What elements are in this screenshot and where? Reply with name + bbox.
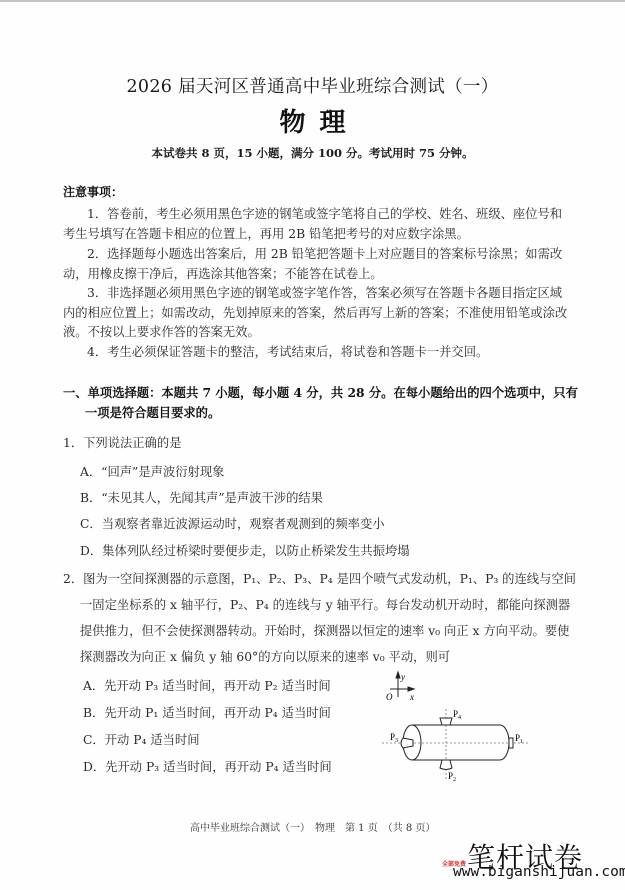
question-1-option-b: B．“未见其人，先闻其声”是声波干涉的结果 (80, 488, 323, 506)
note-line: 考生号填写在答题卡相应的位置上，再用 2B 铅笔把考号的对应数字涂黑。 (63, 224, 469, 242)
note-line: 1．答卷前，考生必须用黑色字迹的钢笔或签字笔将自己的学校、姓名、班级、座位号和 (87, 204, 562, 222)
label-p3: P3 (390, 732, 398, 744)
axis-x-label: x (409, 692, 414, 702)
section-heading: 一、单项选择题：本题共 7 小题，每小题 4 分，共 28 分。在每小题给出的四… (63, 383, 578, 401)
question-2-option-b: B．先开动 P₁ 适当时间，再开动 P₄ 适当时间 (83, 703, 331, 721)
question-2-option-a: A．先开动 P₃ 适当时间，再开动 P₂ 适当时间 (83, 676, 331, 694)
probe-body (403, 725, 509, 760)
label-p4: P4 (453, 709, 461, 721)
exam-title: 2026 届天河区普通高中毕业班综合测试（一） (0, 73, 625, 98)
question-2-stem-line: 一固定坐标系的 x 轴平行，P₂、P₄ 的连线与 y 轴平行。每台发动机开动时，… (80, 595, 570, 613)
exam-info: 本试卷共 8 页，15 小题，满分 100 分。考试用时 75 分钟。 (0, 145, 625, 161)
axis-y-label: y (400, 672, 405, 682)
engine-p3-icon (401, 738, 413, 748)
engine-p4-icon (440, 718, 452, 725)
note-line: 2．选择题每小题选出答案后，用 2B 铅笔把答题卡上对应题目的答案标号涂黑；如需… (87, 244, 562, 262)
question-2-stem-line: 提供推力，但不会使探测器转动。开始时，探测器以恒定的速率 v₀ 向正 x 方向平… (80, 621, 569, 639)
question-1-stem: 1．下列说法正确的是 (63, 433, 182, 451)
question-1-option-a: A．“回声”是声波衍射现象 (80, 462, 224, 480)
question-2-option-d: D．先开动 P₃ 适当时间，再开动 P₄ 适当时间 (83, 757, 332, 775)
question-2-stem-line: 探测器改为向正 x 偏负 y 轴 60°的方向以原来的速率 v₀ 平动，则可 (80, 647, 450, 665)
note-line: 内的相应位置上；如需改动，先划掉原来的答案，然后再写上新的答案；不准使用铅笔或涂… (63, 303, 567, 321)
probe-diagram-svg: y x O P4 P2 P3 P1 (368, 667, 533, 787)
subject-title: 物理 (0, 102, 625, 139)
origin-label: O (386, 692, 393, 702)
engine-p1-icon (509, 738, 513, 748)
page-footer: 高中毕业班综合测试（一） 物理 第 1 页 （共 8 页） (190, 819, 435, 834)
question-1-option-d: D．集体列队经过桥梁时要便步走，以防止桥梁发生共振垮塌 (80, 541, 410, 559)
question-2-stem-line: 2．图为一空间探测器的示意图，P₁、P₂、P₃、P₄ 是四个喷气式发动机，P₁、… (63, 569, 576, 587)
note-line: 3．非选择题必须用黑色字迹的钢笔或签字笔作答，答案必须写在答题卡各题目指定区域 (87, 283, 562, 301)
notes-heading: 注意事项： (63, 183, 123, 200)
question-2-option-c: C．开动 P₄ 适当时间 (83, 730, 200, 748)
note-line: 液。不按以上要求作答的答案无效。 (63, 322, 260, 340)
note-line: 4．考生必须保证答题卡的整洁，考试结束后，将试卷和答题卡一并交回。 (87, 342, 488, 360)
watermark-url: www.biganshijuan.com (453, 864, 625, 880)
section-heading-cont: 一项是符合题目要求的。 (85, 403, 220, 421)
page-top-border (0, 0, 625, 2)
note-line: 动，用橡皮擦干净后，再选涂其他答案；不能答在试卷上。 (63, 264, 383, 282)
question-1-option-c: C．当观察者靠近波源运动时，观察者观测到的频率变小 (80, 514, 385, 532)
engine-p2-icon (440, 760, 452, 770)
label-p2: P2 (448, 771, 456, 783)
probe-diagram: y x O P4 P2 P3 P1 (368, 667, 533, 791)
